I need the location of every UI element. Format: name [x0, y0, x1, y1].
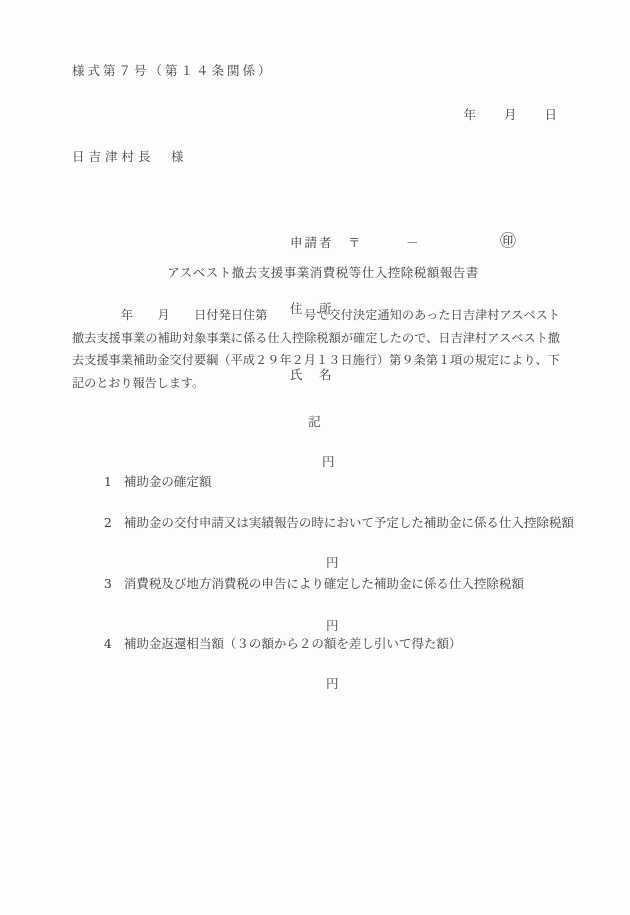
amount-unit: 円 [322, 452, 335, 472]
applicant-postal-line: 申請者 〒 － [290, 232, 570, 254]
item-label: 補助金返還相当額（３の額から２の額を差し引いて得た額） [124, 636, 462, 651]
item-row: 3消費税及び地方消費税の申告により確定した補助金に係る仕入控除税額 [72, 554, 558, 614]
item-number: 2 [104, 513, 124, 533]
seal-icon: ㊞ [500, 230, 516, 252]
item-row: 2補助金の交付申請又は実績報告の時において予定した補助金に係る仕入控除税額 [72, 493, 558, 553]
item-number: 1 [104, 472, 124, 492]
report-item-4: 4補助金返還相当額（３の額から２の額を差し引いて得た額） 円 [72, 614, 558, 694]
paragraph-line: 撤去支援事業の補助対象事業に係る仕入控除税額が確定したので、日吉津村アスベスト撤 [72, 327, 560, 350]
addressee: 日吉津村長 様 [72, 147, 188, 165]
paragraph-line: 記のとおり報告します。 [72, 372, 560, 395]
document-title: アスベスト撤去支援事業消費税等仕入控除税額報告書 [72, 263, 558, 281]
item-row: 4補助金返還相当額（３の額から２の額を差し引いて得た額） [72, 614, 558, 674]
issue-date-line: 年 月 日 [72, 105, 558, 123]
section-marker: 記 [72, 412, 558, 430]
document-page: 様式第７号（第１４条関係） 年 月 日 日吉津村長 様 申請者 〒 － 住 所 … [0, 0, 630, 915]
paragraph-line: 去支援事業補助金交付要綱（平成２９年２月１３日施行）第９条第１項の規定により、下 [72, 349, 560, 372]
item-number: 4 [104, 634, 124, 654]
body-paragraph: 年 月 日付発日住第 号で交付決定通知のあった日吉津村アスベスト 撤去支援事業の… [72, 304, 560, 394]
item-number: 3 [104, 574, 124, 594]
paragraph-line: 年 月 日付発日住第 号で交付決定通知のあった日吉津村アスベスト [72, 304, 560, 327]
item-label: 補助金の確定額 [124, 474, 212, 489]
item-label: 補助金の交付申請又は実績報告の時において予定した補助金に係る仕入控除税額 [124, 515, 574, 530]
amount-unit: 円 [72, 674, 558, 694]
item-label: 消費税及び地方消費税の申告により確定した補助金に係る仕入控除税額 [124, 576, 524, 591]
form-number: 様式第７号（第１４条関係） [72, 61, 274, 79]
